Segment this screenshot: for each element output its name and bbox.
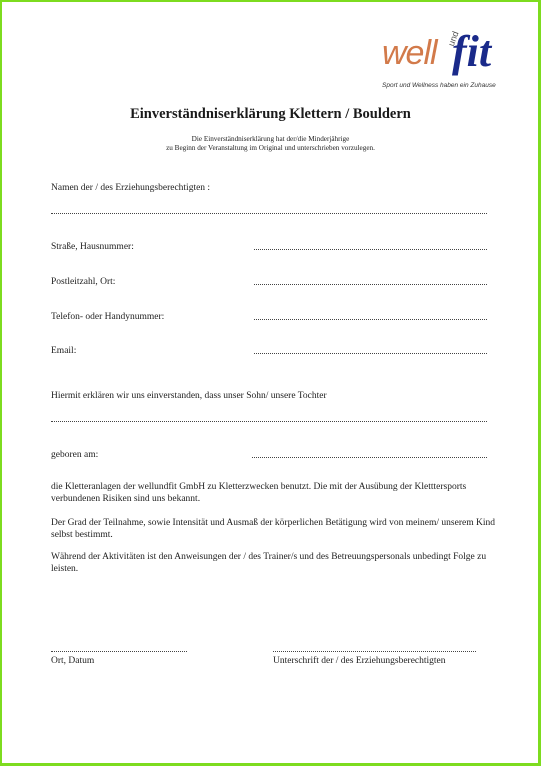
place-date-label: Ort, Datum [51,656,94,666]
place-date-field[interactable] [51,651,187,652]
logo-well: well [382,34,437,73]
phone-label: Telefon- oder Handynummer: [51,312,164,322]
phone-field[interactable] [254,319,487,320]
email-field[interactable] [254,353,487,354]
guardian-name-label: Namen der / des Erziehungsberechtigten : [51,183,210,193]
subtitle-line-1: Die Einverständniserklärung hat der/die … [0,135,541,144]
birth-field[interactable] [252,457,487,458]
logo-fit: fit [452,26,491,77]
consent-intro: Hiermit erklären wir uns einverstanden, … [51,391,327,401]
birth-label: geboren am: [51,450,98,460]
paragraph-climbing-usage: die Kletteranlagen der wellundfit GmbH z… [51,481,501,505]
signature-label: Unterschrift der / des Erziehungsberecht… [273,656,446,666]
document-subtitle: Die Einverständniserklärung hat der/die … [0,135,541,153]
paragraph-participation: Der Grad der Teilnahme, sowie Intensität… [51,517,501,541]
street-label: Straße, Hausnummer: [51,242,134,252]
guardian-name-field[interactable] [51,213,487,214]
postal-field[interactable] [254,284,487,285]
paragraph-instructions: Während der Aktivitäten ist den Anweisun… [51,551,501,575]
subtitle-line-2: zu Beginn der Veranstaltung im Original … [0,144,541,153]
document-title: Einverständniserklärung Klettern / Bould… [0,106,541,123]
street-field[interactable] [254,249,487,250]
email-label: Email: [51,346,76,356]
logo-tagline: Sport und Wellness haben ein Zuhause [382,82,496,89]
child-name-field[interactable] [51,421,487,422]
signature-field[interactable] [273,651,476,652]
postal-label: Postleitzahl, Ort: [51,277,115,287]
wellundfit-logo: well und fit Sport und Wellness haben ei… [368,22,518,94]
